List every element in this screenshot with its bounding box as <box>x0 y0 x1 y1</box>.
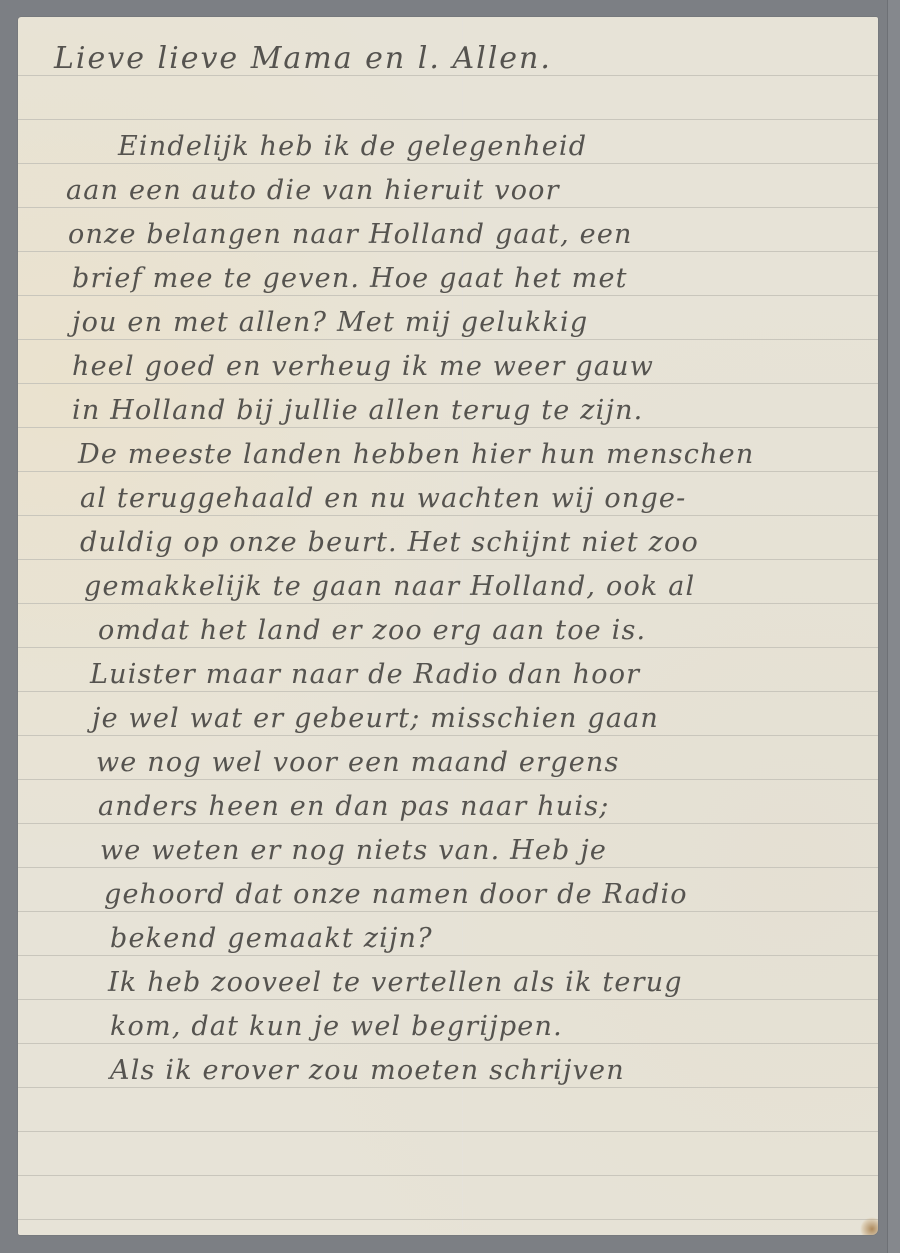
ruled-line <box>18 295 878 296</box>
ruled-line <box>18 207 878 208</box>
ruled-line <box>18 735 878 736</box>
letter-line: we weten er nog niets van. Heb je <box>100 835 878 867</box>
letter-line: je wel wat er gebeurt; misschien gaan <box>92 703 878 735</box>
letter-line: in Holland bij jullie allen terug te zij… <box>72 395 878 427</box>
ruled-line <box>18 691 878 692</box>
letter-salutation: Lieve lieve Mama en l. Allen. <box>54 43 878 75</box>
ruled-line <box>18 1175 878 1176</box>
letter-line: al teruggehaald en nu wachten wij onge- <box>80 483 878 515</box>
ruled-line <box>18 603 878 604</box>
letter-line: Ik heb zooveel te vertellen als ik terug <box>108 967 878 999</box>
scanner-edge-strip <box>887 0 900 1253</box>
corner-stain <box>860 1217 878 1235</box>
letter-line: heel goed en verheug ik me weer gauw <box>72 351 878 383</box>
ruled-line <box>18 383 878 384</box>
letter-line: kom, dat kun je wel begrijpen. <box>110 1011 878 1043</box>
ruled-line <box>18 471 878 472</box>
ruled-line <box>18 515 878 516</box>
letter-line: duldig op onze beurt. Het schijnt niet z… <box>80 527 878 559</box>
letter-line: aan een auto die van hieruit voor <box>66 175 878 207</box>
letter-line: anders heen en dan pas naar huis; <box>98 791 878 823</box>
letter-line: bekend gemaakt zijn? <box>110 923 878 955</box>
letter-line: Eindelijk heb ik de gelegenheid <box>118 131 878 163</box>
ruled-line <box>18 647 878 648</box>
ruled-line <box>18 339 878 340</box>
letter-line: gehoord dat onze namen door de Radio <box>104 879 878 911</box>
ruled-line <box>18 163 878 164</box>
ruled-line <box>18 251 878 252</box>
letter-line: onze belangen naar Holland gaat, een <box>68 219 878 251</box>
ruled-line <box>18 119 878 120</box>
letter-line: De meeste landen hebben hier hun mensche… <box>78 439 878 471</box>
ruled-line <box>18 955 878 956</box>
ruled-line <box>18 1043 878 1044</box>
ruled-line <box>18 867 878 868</box>
ruled-line <box>18 779 878 780</box>
letter-line: jou en met allen? Met mij gelukkig <box>72 307 878 339</box>
ruled-line <box>18 1219 878 1220</box>
letter-page: Lieve lieve Mama en l. Allen. Eindelijk … <box>18 17 878 1235</box>
ruled-line <box>18 427 878 428</box>
letter-line: Als ik erover zou moeten schrijven <box>110 1055 878 1087</box>
ruled-line <box>18 559 878 560</box>
letter-line: omdat het land er zoo erg aan toe is. <box>98 615 878 647</box>
ruled-line <box>18 999 878 1000</box>
ruled-line <box>18 1131 878 1132</box>
letter-line: gemakkelijk te gaan naar Holland, ook al <box>84 571 878 603</box>
ruled-line <box>18 823 878 824</box>
letter-line: Luister maar naar de Radio dan hoor <box>90 659 878 691</box>
ruled-line <box>18 911 878 912</box>
letter-line: we nog wel voor een maand ergens <box>96 747 878 779</box>
ruled-line <box>18 1087 878 1088</box>
letter-line: brief mee te geven. Hoe gaat het met <box>72 263 878 295</box>
